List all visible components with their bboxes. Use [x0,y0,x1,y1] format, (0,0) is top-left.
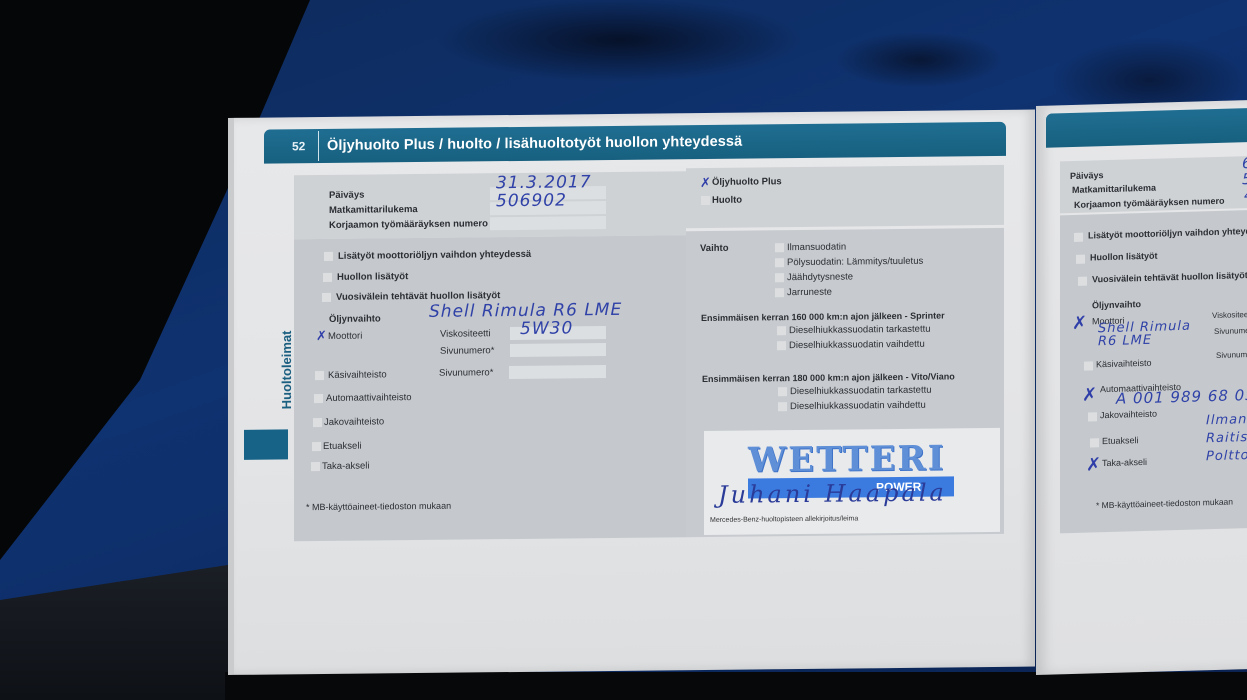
viscosity-label: Viskositeetti [440,328,491,340]
right-extra-work-label-2: Huollon lisätyöt [1090,251,1158,263]
service-checkbox[interactable] [701,196,710,205]
odometer-value: 506902 [496,190,567,211]
right-engine-page-label: Sivunumero* [1214,326,1247,336]
right-transfer-checkbox[interactable] [1088,412,1097,421]
right-manual-gearbox-label: Käsivaihteisto [1096,358,1152,370]
air-filter-checkbox[interactable] [775,243,784,252]
pollen-filter-label: Pölysuodatin: Lämmitys/tuuletus [787,256,923,268]
book-shadow [225,672,1247,700]
automatic-checkbox[interactable] [314,394,323,403]
manual-gearbox-label: Käsivaihteisto [328,369,387,381]
dealer-stamp-name: WETTERI [748,438,946,480]
pollen-filter-checkbox[interactable] [775,258,784,267]
right-rear-axle-checkmark-icon: ✗ [1086,454,1101,475]
oil-change-heading: Öljynvaihto [329,313,381,325]
coolant-label: Jäähdytysneste [787,271,853,283]
front-axle-checkbox[interactable] [312,442,321,451]
brake-fluid-label: Jarruneste [787,287,832,298]
engine-checkmark-icon: ✗ [316,328,327,344]
side-tab-marker [244,429,288,459]
manual-page-label: Sivunumero* [439,367,493,379]
stamp-caption: Mercedes-Benz-huoltopisteen allekirjoitu… [710,515,858,524]
front-axle-label: Etuakseli [323,441,362,452]
right-oil-brand-handwritten: Shell Rimula R6 LME [1098,319,1198,348]
extra-work-checkbox-2[interactable] [323,273,332,282]
header-divider [318,131,319,161]
sprinter-replaced-label: Dieselhiukkassuodatin vaihdettu [789,339,925,351]
left-page: 52 Öljyhuolto Plus / huolto / lisähuolto… [228,110,1035,675]
right-engine-checkmark-icon: ✗ [1072,313,1087,334]
right-oil-change-heading: Öljynvaihto [1092,299,1141,310]
signature: Juhani Haapala [718,478,947,508]
rear-axle-label: Taka-akseli [322,461,370,472]
right-extra-work-checkbox-3[interactable] [1078,277,1087,286]
page-title: Öljyhuolto Plus / huolto / lisähuoltotyö… [327,134,742,154]
page-number: 52 [264,139,318,154]
automatic-label: Automaattivaihteisto [326,392,412,404]
extra-work-label-2: Huollon lisätyöt [337,271,408,283]
vito-inspected-checkbox[interactable] [778,387,787,396]
date-label: Päiväys [329,190,364,201]
right-manual-gearbox-checkbox[interactable] [1084,361,1093,370]
replace-heading: Vaihto [700,243,729,254]
manual-page-field[interactable] [509,365,606,379]
signature-stamp-area: WETTERI POWER Juhani Haapala Mercedes-Be… [704,428,1000,535]
work-order-field[interactable] [490,216,606,230]
viscosity-value: 5W30 [520,318,573,339]
right-part-number-handwritten: A 001 989 68 03 [1116,386,1247,408]
transfer-checkbox[interactable] [313,418,322,427]
engine-page-field[interactable] [510,343,606,357]
sprinter-inspected-checkbox[interactable] [777,326,786,335]
oil-service-plus-label: Öljyhuolto Plus [712,176,782,188]
right-note-1: Ilmansuod... [1206,411,1247,429]
odometer-label: Matkamittarilukema [329,204,418,216]
right-manual-page-label: Sivunumero* [1216,350,1247,360]
right-viscosity-label: Viskositeetti [1212,310,1247,320]
brake-fluid-checkbox[interactable] [775,288,784,297]
extra-work-checkbox-1[interactable] [324,252,333,261]
right-front-axle-checkbox[interactable] [1090,438,1099,447]
right-extra-work-checkbox-1[interactable] [1074,233,1083,242]
oil-service-checkmark-icon: ✗ [700,175,711,191]
manual-gearbox-checkbox[interactable] [315,371,324,380]
transfer-label: Jakovaihteisto [324,416,384,428]
page-header: 52 Öljyhuolto Plus / huolto / lisähuolto… [264,122,1006,164]
right-front-axle-label: Etuakseli [1102,435,1139,446]
vito-inspected-label: Dieselhiukkassuodatin tarkastettu [790,385,932,397]
vito-replaced-checkbox[interactable] [778,402,787,411]
sprinter-replaced-checkbox[interactable] [777,341,786,350]
right-note-3: Polttoaine... [1206,447,1247,465]
sprinter-inspected-label: Dieselhiukkassuodatin tarkastettu [789,324,931,336]
rear-axle-checkbox[interactable] [311,462,320,471]
coolant-checkbox[interactable] [775,273,784,282]
right-extra-work-checkbox-2[interactable] [1076,255,1085,264]
service-booklet: 52 Öljyhuolto Plus / huolto / lisähuolto… [228,118,1247,675]
air-filter-label: Ilmansuodatin [787,242,846,254]
extra-work-label-1: Lisätyöt moottoriöljyn vaihdon yhteydess… [338,249,531,262]
service-label: Huolto [712,195,742,206]
work-order-label: Korjaamon työmääräyksen numero [329,218,488,231]
extra-work-checkbox-3[interactable] [322,293,331,302]
side-tab-label: Huoltoleimat [279,330,294,409]
right-transfer-label: Jakovaihteisto [1100,409,1157,421]
engine-page-label: Sivunumero* [440,345,494,357]
right-date-label: Päiväys [1070,170,1104,181]
right-automatic-checkmark-icon: ✗ [1082,384,1097,405]
vito-replaced-label: Dieselhiukkassuodatin vaihdettu [790,400,926,412]
right-rear-axle-label: Taka-akseli [1102,457,1147,468]
footnote: * MB-käyttöaineet-tiedoston mukaan [306,501,451,513]
right-note-2: Raitisilm... [1206,429,1247,446]
right-page: Päiväys 6.7. Matkamittarilukema 532 Korj… [1036,100,1247,675]
right-page-header [1046,108,1247,148]
engine-label: Moottori [328,331,362,342]
